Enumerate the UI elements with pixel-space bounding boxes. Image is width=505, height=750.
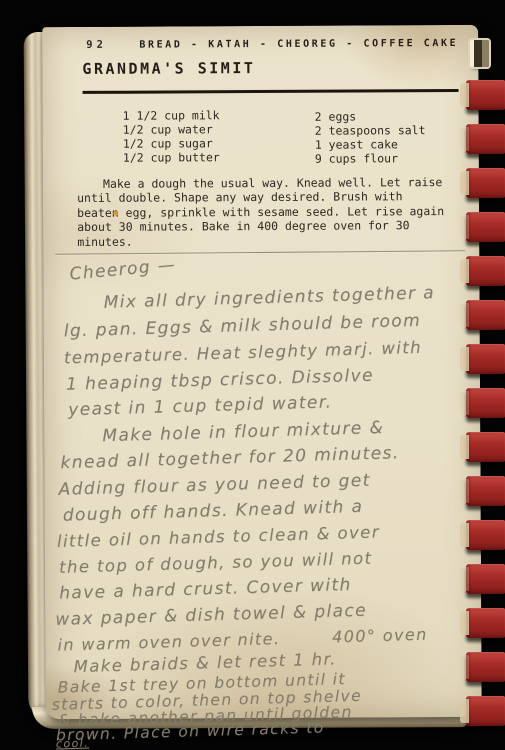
binding-ring (466, 432, 505, 462)
pencil-divider-line (55, 250, 465, 255)
handwriting-line: dough off hands. Knead with a (62, 497, 363, 526)
binding-ring (466, 652, 505, 682)
ingredient-item: 1 1/2 cup milk (123, 108, 220, 123)
handwriting-line: lg. pan. Eggs & milk should be room (64, 311, 422, 342)
binding-ring (466, 388, 505, 418)
ingredient-item: 1/2 cup sugar (123, 136, 220, 151)
page-number: 92 (86, 39, 107, 51)
instructions-paragraph: Make a dough the usual way. Knead well. … (77, 175, 445, 249)
stain-dot (113, 211, 118, 216)
ingredient-item: 2 teaspoons salt (315, 123, 426, 138)
handwriting-line: cool. (56, 737, 89, 750)
handwriting-line: in warm oven over nite. 400° oven (57, 625, 428, 655)
binding-ring (466, 168, 505, 198)
ingredients-column-right: 2 eggs2 teaspoons salt1 yeast cake9 cups… (315, 109, 426, 166)
handwriting-line: little oil on hands to clean & over (57, 522, 380, 551)
binding-ring (466, 696, 505, 726)
section-header: BREAD - KATAH - CHEOREG - COFFEE CAKE (139, 38, 458, 51)
ingredient-item: 9 cups flour (315, 151, 426, 166)
handwriting-line: the top of dough, so you will not (59, 549, 373, 577)
handwriting-line: knead all together for 20 minutes. (60, 443, 400, 473)
title-rule (83, 89, 459, 93)
handwriting-line: temperature. Heat sleghty marj. with (64, 338, 423, 368)
handwriting-line: Mix all dry ingredients together a (103, 283, 435, 313)
handwritten-notes: Cheerog —Mix all dry ingredients togethe… (42, 25, 478, 27)
binding-slot-hole (470, 40, 489, 67)
binding-ring (466, 80, 505, 110)
recipe-title: GRANDMA'S SIMIT (82, 59, 255, 78)
binding-ring (466, 344, 505, 374)
binding-ring (466, 300, 505, 330)
binding-ring (466, 256, 505, 286)
ingredient-item: 2 eggs (315, 109, 426, 124)
binding-ring (466, 608, 505, 638)
ingredient-item: 1/2 cup butter (123, 150, 220, 165)
handwriting-line: Adding flour as you need to get (58, 471, 371, 500)
handwriting-line: yeast in 1 cup tepid water. (68, 392, 333, 420)
handwriting-line: Make hole in flour mixture & (102, 418, 384, 446)
ingredient-item: 1/2 cup water (123, 122, 220, 137)
binding-ring (466, 212, 505, 242)
binding-ring (466, 124, 505, 154)
binding-ring (466, 564, 505, 594)
cookbook-page: 92 BREAD - KATAH - CHEOREG - COFFEE CAKE… (42, 25, 482, 719)
handwriting-line: wax paper & dish towel & place (55, 601, 367, 630)
binding-ring (466, 520, 505, 550)
ingredient-item: 1 yeast cake (315, 137, 426, 152)
handwriting-line: Cheerog — (69, 255, 177, 285)
photo-background: 92 BREAD - KATAH - CHEOREG - COFFEE CAKE… (0, 0, 505, 750)
handwriting-line: 1 heaping tbsp crisco. Dissolve (66, 366, 374, 395)
binding-ring (466, 476, 505, 506)
ingredients-column-left: 1 1/2 cup milk1/2 cup water1/2 cup sugar… (123, 108, 220, 165)
handwriting-line: have a hard crust. Cover with (59, 575, 352, 604)
